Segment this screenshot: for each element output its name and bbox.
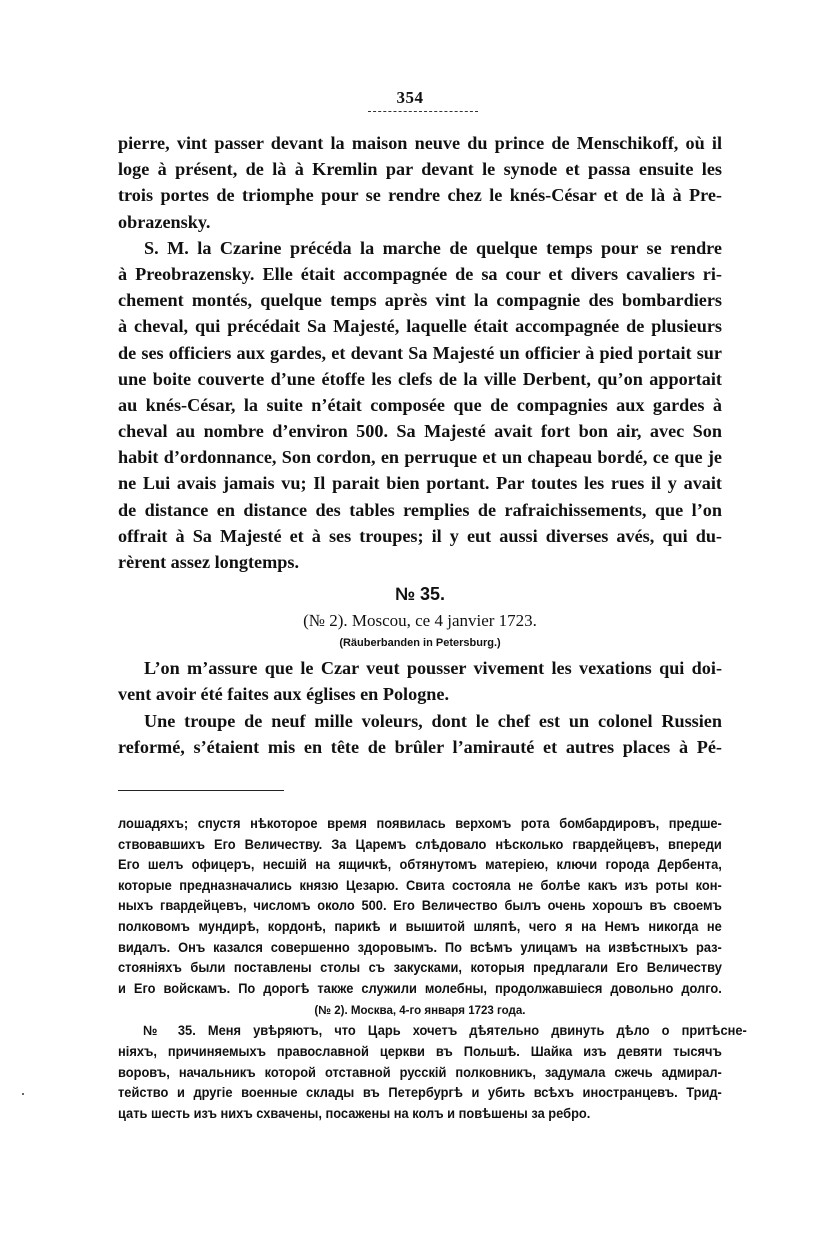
text-line: une boite couverte d’une étoffe les clef… xyxy=(118,366,722,392)
paragraph-3: L’on m’assure que le Czar veut pousser v… xyxy=(118,655,722,707)
paragraph-2: S. M. la Czarine précéda la marche de qu… xyxy=(118,235,722,575)
page-number: 354 xyxy=(0,88,820,108)
russian-translation-block: лошадяхъ; спустя нѣкоторое время появила… xyxy=(118,814,698,1124)
footnote-separator xyxy=(118,790,284,791)
text-line: à Preobrazensky. Elle était accompagnée … xyxy=(118,261,722,287)
text-line: L’on m’assure que le Czar veut pousser v… xyxy=(118,655,722,681)
text-line: au knés-César, la suite n’était composée… xyxy=(118,392,722,418)
scan-speck xyxy=(22,1093,24,1095)
text-line: стояніяхъ были поставлены столы съ закус… xyxy=(118,958,722,979)
text-line: S. M. la Czarine précéda la marche de qu… xyxy=(118,235,722,261)
text-line: cheval au nombre d’environ 500. Sa Majes… xyxy=(118,418,722,444)
text-line: ныхъ гвардейцевъ, числомъ около 500. Его… xyxy=(118,896,722,917)
document-number-heading: № 35. xyxy=(118,579,722,609)
text-line: obrazensky. xyxy=(118,209,722,235)
text-line: reformé, s’étaient mis en tête de brûler… xyxy=(118,734,722,760)
text-line: которые предназначались князю Цезарю. Св… xyxy=(118,876,722,897)
text-line: chement montés, quelque temps après vint… xyxy=(118,287,722,313)
text-line: de ses officiers aux gardes, et devant S… xyxy=(118,340,722,366)
text-line: тейство и другіе военные склады въ Петер… xyxy=(118,1083,722,1104)
text-line: ствовавшихъ Его Величеству. За Царемъ сл… xyxy=(118,835,722,856)
document-subtitle: (Räuberbanden in Petersburg.) xyxy=(118,633,722,655)
page-number-rule xyxy=(368,111,478,113)
text-line: и Его войскамъ. По дорогѣ также служили … xyxy=(118,979,722,1000)
russian-paragraph-1: лошадяхъ; спустя нѣкоторое время появила… xyxy=(118,814,698,999)
text-line: de distance en distance des tables rempl… xyxy=(118,497,722,523)
french-text-block: pierre, vint passer devant la maison neu… xyxy=(118,130,722,760)
text-line: vent avoir été faites aux églises en Pol… xyxy=(118,681,722,707)
text-line: № 35. Меня увѣряютъ, что Царь хочетъ дѣя… xyxy=(118,1021,747,1042)
text-line: Его шелъ офицеръ, несшій на ящичкѣ, обтя… xyxy=(118,855,722,876)
text-line: воровъ, начальникъ которой отставной рус… xyxy=(118,1063,722,1084)
text-line: offrait à Sa Majesté et à ses troupes; i… xyxy=(118,523,722,549)
text-line: rèrent assez longtemps. xyxy=(118,549,722,575)
paragraph-4: Une troupe de neuf mille voleurs, dont l… xyxy=(118,708,722,760)
text-line: loge à présent, de là à Kremlin par deva… xyxy=(118,156,722,182)
text-line: цать шесть изъ нихъ схвачены, посажены н… xyxy=(118,1104,722,1125)
text-line: à cheval, qui précédait Sa Majesté, laqu… xyxy=(118,313,722,339)
text-line: trois portes de triomphe pour se rendre … xyxy=(118,182,722,208)
text-line: Une troupe de neuf mille voleurs, dont l… xyxy=(118,708,722,734)
paragraph-1: pierre, vint passer devant la maison neu… xyxy=(118,130,722,235)
text-line: ніяхъ, причиняемыхъ православной церкви … xyxy=(118,1042,722,1063)
russian-paragraph-2: № 35. Меня увѣряютъ, что Царь хочетъ дѣя… xyxy=(118,1021,698,1124)
text-line: pierre, vint passer devant la maison neu… xyxy=(118,130,722,156)
text-line: видалъ. Онъ казался совершенно здоровымъ… xyxy=(118,938,722,959)
text-line: полковомъ мундирѣ, кордонѣ, парикѣ и выш… xyxy=(118,917,722,938)
text-line: ne Lui avais jamais vu; Il parait bien p… xyxy=(118,470,722,496)
text-line: habit d’ordonnance, Son cordon, en perru… xyxy=(118,444,722,470)
document-page: 354 pierre, vint passer devant la maison… xyxy=(0,0,820,1256)
russian-dateline: (№ 2). Москва, 4-го января 1723 года. xyxy=(118,999,722,1021)
document-dateline: (№ 2). Moscou, ce 4 janvier 1723. xyxy=(118,609,722,633)
text-line: лошадяхъ; спустя нѣкоторое время появила… xyxy=(118,814,722,835)
